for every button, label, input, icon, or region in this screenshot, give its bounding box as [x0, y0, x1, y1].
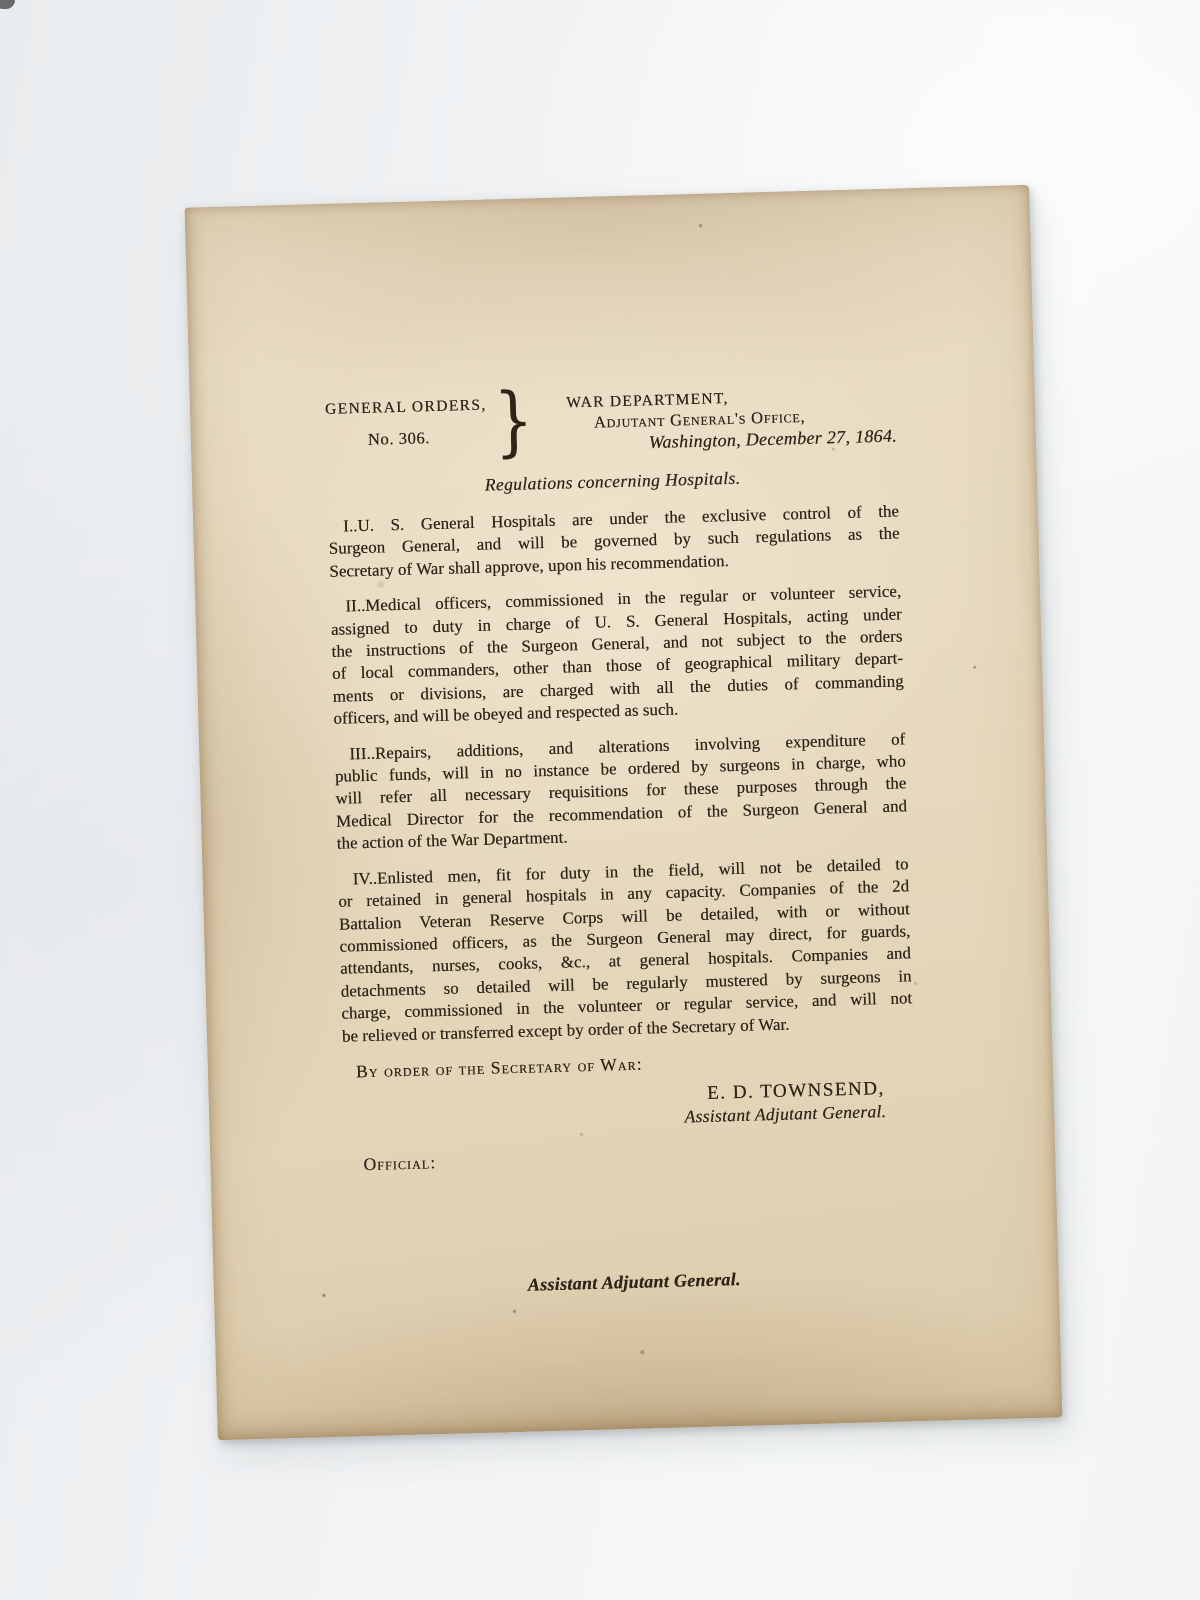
photo-corner-artifact — [0, 0, 15, 9]
photo-backdrop: GENERAL ORDERS, No. 306. } WAR DEPARTMEN… — [0, 0, 1200, 1600]
by-order-line: By order of the Secretary of War: — [356, 1046, 914, 1082]
paragraph: II..Medical officers, commissioned in th… — [330, 581, 904, 731]
body-paragraphs: I..U. S. General Hospitals are under the… — [328, 500, 913, 1047]
paragraph: I..U. S. General Hospitals are under the… — [328, 500, 901, 583]
order-header-left: GENERAL ORDERS, No. 306. — [325, 394, 486, 451]
paragraph: IV..Enlisted men, fit for duty in the fi… — [337, 853, 913, 1048]
order-number: No. 306. — [368, 427, 486, 450]
header-brace-glyph: } — [493, 390, 533, 451]
document-title: Regulations concerning Hospitals. — [327, 463, 898, 499]
countersign-role: Assistant Adjutant General. — [349, 1264, 920, 1300]
general-orders-label: GENERAL ORDERS, — [325, 397, 485, 419]
printed-content: GENERAL ORDERS, No. 306. } WAR DEPARTMEN… — [325, 382, 920, 1300]
paragraph: III..Repairs, additions, and alterations… — [334, 728, 908, 855]
official-label: Official: — [363, 1139, 916, 1175]
order-header-right: WAR DEPARTMENT, Adjutant General's Offic… — [543, 382, 897, 456]
order-header: GENERAL ORDERS, No. 306. } WAR DEPARTMEN… — [325, 382, 898, 461]
document-page: GENERAL ORDERS, No. 306. } WAR DEPARTMEN… — [184, 185, 1062, 1440]
